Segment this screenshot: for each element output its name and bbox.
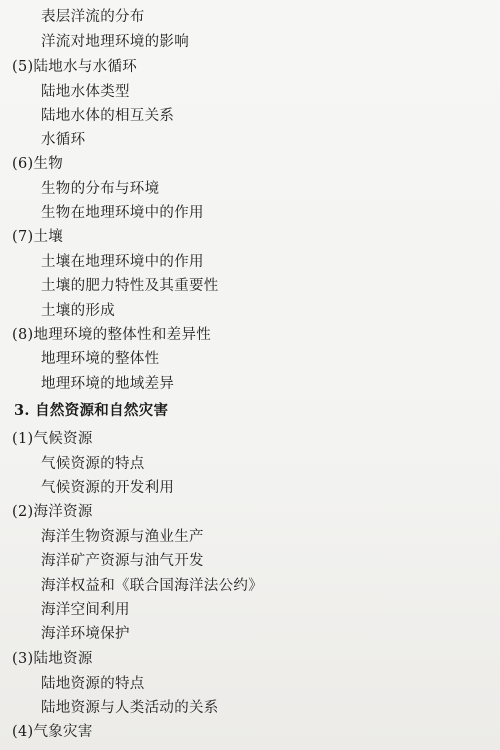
outline-item: 生物在地理环境中的作用 bbox=[41, 204, 204, 222]
outline-item: 陆地资源与人类活动的关系 bbox=[41, 699, 219, 717]
outline-item: 海洋生物资源与渔业生产 bbox=[41, 528, 204, 546]
outline-item: 海洋矿产资源与油气开发 bbox=[41, 552, 204, 570]
outline-item: 洋流对地理环境的影响 bbox=[41, 33, 189, 51]
outline-item: 海洋空间利用 bbox=[41, 601, 130, 619]
outline-heading: (7)土壤 bbox=[12, 228, 63, 246]
outline-item: 气候资源的开发利用 bbox=[41, 479, 174, 497]
outline-item: 陆地资源的特点 bbox=[41, 675, 145, 693]
outline-item: 海洋环境保护 bbox=[41, 625, 130, 643]
outline-heading: (3)陆地资源 bbox=[12, 650, 93, 668]
section-title: 3. 自然资源和自然灾害 bbox=[14, 402, 168, 420]
outline-item: 地理环境的整体性 bbox=[41, 350, 159, 368]
outline-item: 土壤的肥力特性及其重要性 bbox=[41, 277, 219, 295]
scanned-page: 表层洋流的分布 洋流对地理环境的影响 (5)陆地水与水循环 陆地水体类型 陆地水… bbox=[0, 0, 500, 750]
outline-heading: (6)生物 bbox=[12, 155, 63, 173]
outline-heading: (5)陆地水与水循环 bbox=[12, 58, 137, 76]
outline-heading: (8)地理环境的整体性和差异性 bbox=[12, 326, 211, 344]
outline-item: 土壤的形成 bbox=[41, 302, 115, 320]
outline-item: 陆地水体的相互关系 bbox=[41, 107, 174, 125]
outline-heading: (2)海洋资源 bbox=[12, 503, 93, 521]
outline-item: 地理环境的地域差异 bbox=[41, 375, 174, 393]
outline-item: 土壤在地理环境中的作用 bbox=[41, 253, 204, 271]
outline-item: 海洋权益和《联合国海洋法公约》 bbox=[41, 577, 263, 595]
outline-item: 生物的分布与环境 bbox=[41, 180, 159, 198]
outline-item: 陆地水体类型 bbox=[41, 83, 130, 101]
outline-item: 水循环 bbox=[41, 131, 85, 149]
outline-item: 气候资源的特点 bbox=[41, 455, 145, 473]
outline-item: 表层洋流的分布 bbox=[41, 8, 145, 26]
outline-heading: (4)气象灾害 bbox=[12, 723, 93, 741]
outline-heading: (1)气候资源 bbox=[12, 430, 93, 448]
